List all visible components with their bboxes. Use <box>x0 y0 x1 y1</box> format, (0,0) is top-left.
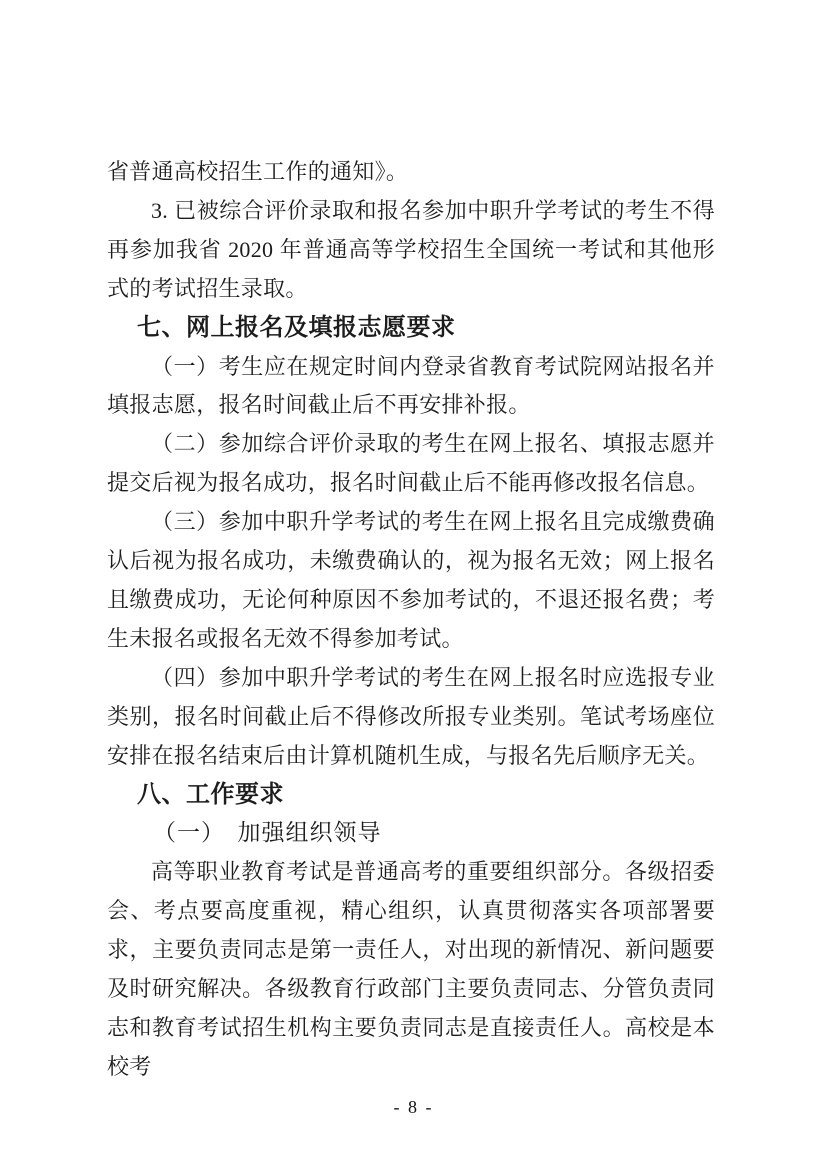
paragraph-body-9: 高等职业教育考试是普通高考的重要组织部分。各级招委会、考点要高度重视，精心组织，… <box>107 853 715 1086</box>
paragraph-subheading-8: （一） 加强组织领导 <box>107 814 715 853</box>
document-body: 省普通高校招生工作的通知》。3. 已被综合评价录取和报名参加中职升学考试的考生不… <box>107 153 715 1087</box>
paragraph-body-3: （一）考生应在规定时间内登录省教育考试院网站报名并填报志愿，报名时间截止后不再安… <box>107 348 715 426</box>
page-number: - 8 - <box>0 1097 827 1118</box>
paragraph-body-4: （二）参加综合评价录取的考生在网上报名、填报志愿并提交后视为报名成功，报名时间截… <box>107 425 715 503</box>
paragraph-continuation-0: 省普通高校招生工作的通知》。 <box>107 153 715 192</box>
paragraph-heading-2: 七、网上报名及填报志愿要求 <box>107 309 715 348</box>
paragraph-body-5: （三）参加中职升学考试的考生在网上报名且完成缴费确认后视为报名成功，未缴费确认的… <box>107 503 715 659</box>
paragraph-body-1: 3. 已被综合评价录取和报名参加中职升学考试的考生不得再参加我省 2020 年普… <box>107 192 715 309</box>
paragraph-heading-7: 八、工作要求 <box>107 776 715 815</box>
document-page: 省普通高校招生工作的通知》。3. 已被综合评价录取和报名参加中职升学考试的考生不… <box>0 0 827 1170</box>
paragraph-body-6: （四）参加中职升学考试的考生在网上报名时应选报专业类别，报名时间截止后不得修改所… <box>107 659 715 776</box>
